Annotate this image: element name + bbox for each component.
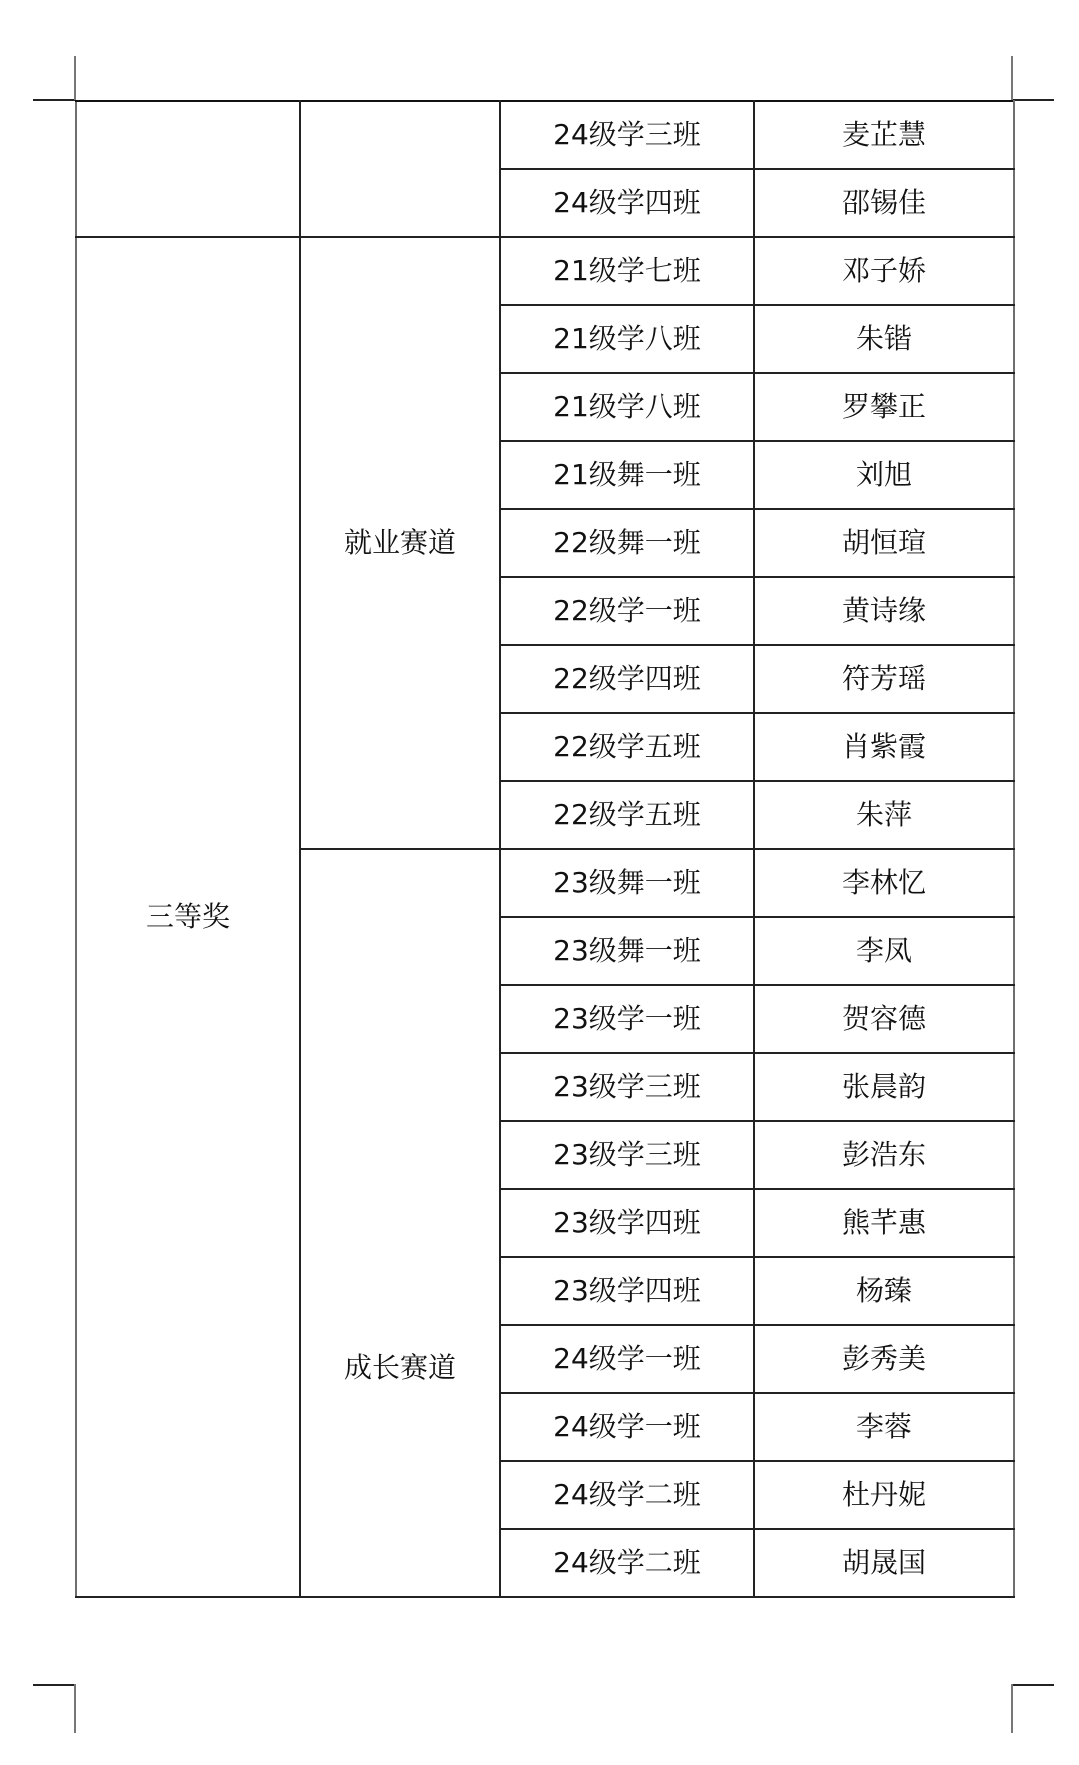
award-cell-continued	[76, 101, 300, 237]
crop-mark-bottom-left-h	[33, 1684, 75, 1686]
name-cell: 麦芷慧	[754, 101, 1014, 169]
class-cell: 22级学一班	[500, 577, 754, 645]
name-cell: 贺容德	[754, 985, 1014, 1053]
name-cell: 胡恒瑄	[754, 509, 1014, 577]
class-cell: 22级学四班	[500, 645, 754, 713]
name-cell: 黄诗缘	[754, 577, 1014, 645]
name-cell: 李蓉	[754, 1393, 1014, 1461]
class-cell: 23级学四班	[500, 1189, 754, 1257]
award-level-cell: 三等奖	[76, 237, 300, 1597]
name-cell: 杨臻	[754, 1257, 1014, 1325]
track-cell-growth: 成长赛道	[300, 849, 500, 1597]
class-cell: 24级学一班	[500, 1325, 754, 1393]
class-cell: 23级学三班	[500, 1053, 754, 1121]
name-cell: 符芳瑶	[754, 645, 1014, 713]
class-cell: 23级学四班	[500, 1257, 754, 1325]
name-cell: 李林忆	[754, 849, 1014, 917]
class-cell: 24级学二班	[500, 1461, 754, 1529]
class-cell: 23级舞一班	[500, 849, 754, 917]
crop-mark-bottom-right-h	[1012, 1684, 1054, 1686]
table-row: 三等奖 就业赛道 21级学七班 邓子娇	[76, 237, 1014, 305]
name-cell: 罗攀正	[754, 373, 1014, 441]
awards-table: 24级学三班 麦芷慧 24级学四班 邵锡佳 三等奖 就业赛道 21级学七班 邓子…	[75, 100, 1015, 1598]
award-level-label: 三等奖	[146, 900, 230, 933]
name-cell: 朱萍	[754, 781, 1014, 849]
class-cell: 22级学五班	[500, 781, 754, 849]
name-cell: 肖紫霞	[754, 713, 1014, 781]
name-cell: 胡晟国	[754, 1529, 1014, 1597]
track-cell-employment: 就业赛道	[300, 237, 500, 849]
table-row: 24级学三班 麦芷慧	[76, 101, 1014, 169]
class-cell: 24级学一班	[500, 1393, 754, 1461]
name-cell: 刘旭	[754, 441, 1014, 509]
class-cell: 21级学七班	[500, 237, 754, 305]
class-cell: 23级舞一班	[500, 917, 754, 985]
crop-mark-top-right-v	[1011, 56, 1013, 100]
name-cell: 张晨韵	[754, 1053, 1014, 1121]
name-cell: 邵锡佳	[754, 169, 1014, 237]
class-cell: 23级学三班	[500, 1121, 754, 1189]
class-cell: 22级学五班	[500, 713, 754, 781]
name-cell: 李凤	[754, 917, 1014, 985]
name-cell: 彭秀美	[754, 1325, 1014, 1393]
class-cell: 21级学八班	[500, 373, 754, 441]
name-cell: 彭浩东	[754, 1121, 1014, 1189]
name-cell: 熊芊惠	[754, 1189, 1014, 1257]
crop-mark-top-left-h	[33, 99, 75, 101]
class-cell: 24级学二班	[500, 1529, 754, 1597]
class-cell: 21级学八班	[500, 305, 754, 373]
crop-mark-top-left-v	[74, 56, 76, 100]
class-cell: 23级学一班	[500, 985, 754, 1053]
crop-mark-bottom-left-v	[74, 1684, 76, 1733]
class-cell: 21级舞一班	[500, 441, 754, 509]
name-cell: 杜丹妮	[754, 1461, 1014, 1529]
track-cell-continued	[300, 101, 500, 237]
class-cell: 24级学三班	[500, 101, 754, 169]
class-cell: 22级舞一班	[500, 509, 754, 577]
class-cell: 24级学四班	[500, 169, 754, 237]
name-cell: 邓子娇	[754, 237, 1014, 305]
name-cell: 朱锴	[754, 305, 1014, 373]
crop-mark-bottom-right-v	[1011, 1684, 1013, 1733]
crop-mark-top-right-h	[1012, 99, 1054, 101]
